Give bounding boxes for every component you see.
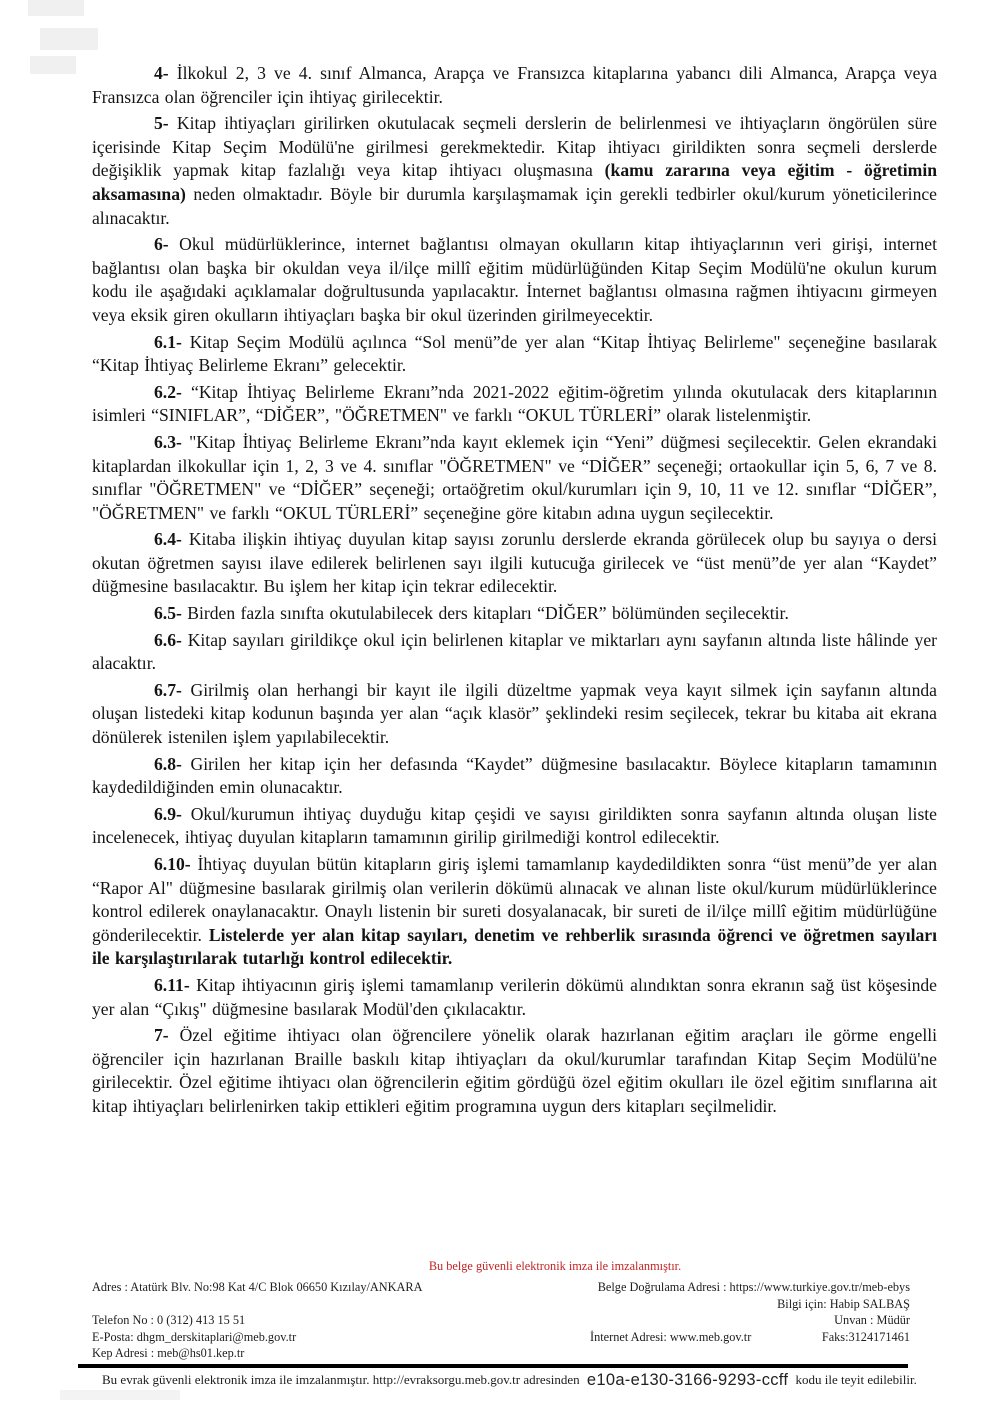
scan-artifact	[40, 28, 98, 50]
footer-divider	[78, 1364, 908, 1368]
paragraph-6-11: 6.11- Kitap ihtiyacının giriş işlemi tam…	[92, 974, 937, 1021]
footer-row-email: E-Posta: dhgm_derskitaplari@meb.gov.tr İ…	[92, 1329, 910, 1345]
paragraph-number: 6.2-	[154, 382, 182, 402]
paragraph-text: Okul müdürlüklerince, internet bağlantıs…	[92, 234, 937, 325]
verification-code: e10a-e130-3166-9293-ccff	[583, 1371, 792, 1389]
paragraph-number: 6.5-	[154, 603, 182, 623]
paragraph-text: Kitap ihtiyacının giriş işlemi tamamlanı…	[92, 975, 937, 1019]
paragraph-number: 6.6-	[154, 630, 182, 650]
paragraph-text: İlkokul 2, 3 ve 4. sınıf Almanca, Arapça…	[92, 63, 937, 107]
paragraph-6-4: 6.4- Kitaba ilişkin ihtiyaç duyulan kita…	[92, 528, 937, 599]
paragraph-text: Kitap Seçim Modülü açılınca “Sol menü”de…	[92, 332, 937, 376]
fax-text: Faks:3124171461	[822, 1329, 910, 1345]
email-text: E-Posta: dhgm_derskitaplari@meb.gov.tr	[92, 1329, 590, 1345]
paragraph-text: neden olmaktadır. Böyle bir durumla karş…	[92, 184, 937, 228]
document-footer: Bu belge güvenli elektronik imza ile imz…	[92, 1258, 910, 1389]
document-page: 4- İlkokul 2, 3 ve 4. sınıf Almanca, Ara…	[0, 0, 1000, 1414]
verification-pre-text: Bu evrak güvenli elektronik imza ile imz…	[102, 1372, 580, 1387]
verification-line: Bu evrak güvenli elektronik imza ile imz…	[92, 1372, 910, 1388]
paragraph-number: 6-	[154, 234, 169, 254]
paragraph-number: 6.3-	[154, 432, 182, 452]
paragraph-5: 5- Kitap ihtiyaçları girilirken okutulac…	[92, 112, 937, 230]
paragraph-number: 6.4-	[154, 529, 182, 549]
paragraph-number: 7-	[154, 1025, 169, 1045]
paragraph-6-8: 6.8- Girilen her kitap için her defasınd…	[92, 753, 937, 800]
title-text: Unvan : Müdür	[834, 1312, 910, 1328]
paragraph-number: 6.7-	[154, 680, 182, 700]
paragraph-text: Okul/kurumun ihtiyaç duyduğu kitap çeşid…	[92, 804, 937, 848]
scan-artifact	[60, 1390, 180, 1400]
paragraph-number: 4-	[154, 63, 169, 83]
paragraph-bold-text: Listelerde yer alan kitap sayıları, dene…	[92, 925, 937, 969]
paragraph-6-10: 6.10- İhtiyaç duyulan bütün kitapların g…	[92, 853, 937, 971]
internet-address-text: İnternet Adresi: www.meb.gov.tr	[590, 1329, 751, 1345]
paragraph-number: 5-	[154, 113, 169, 133]
paragraph-6-7: 6.7- Girilmiş olan herhangi bir kayıt il…	[92, 679, 937, 750]
paragraph-text: Kitap sayıları girildikçe okul için beli…	[92, 630, 937, 674]
paragraph-text: Kitaba ilişkin ihtiyaç duyulan kitap say…	[92, 529, 937, 596]
kep-address-text: Kep Adresi : meb@hs01.kep.tr	[92, 1345, 244, 1361]
paragraph-text: Girilen her kitap için her defasında “Ka…	[92, 754, 937, 798]
paragraph-number: 6.8-	[154, 754, 182, 774]
paragraph-6-6: 6.6- Kitap sayıları girildikçe okul için…	[92, 629, 937, 676]
paragraph-text: Girilmiş olan herhangi bir kayıt ile ilg…	[92, 680, 937, 747]
paragraph-number: 6.11-	[154, 975, 190, 995]
footer-row-contact: Bilgi için: Habip SALBAŞ	[92, 1296, 910, 1312]
scan-artifact	[28, 0, 84, 16]
phone-text: Telefon No : 0 (312) 413 15 51	[92, 1312, 245, 1328]
document-body: 4- İlkokul 2, 3 ve 4. sınıf Almanca, Ara…	[92, 62, 937, 1122]
paragraph-number: 6.1-	[154, 332, 182, 352]
paragraph-text: Özel eğitime ihtiyacı olan öğrencilere y…	[92, 1025, 937, 1116]
paragraph-7: 7- Özel eğitime ihtiyacı olan öğrenciler…	[92, 1024, 937, 1118]
paragraph-text: "Kitap İhtiyaç Belirleme Ekranı”nda kayı…	[92, 432, 937, 523]
address-text: Adres : Atatürk Blv. No:98 Kat 4/C Blok …	[92, 1279, 423, 1295]
footer-row-kep: Kep Adresi : meb@hs01.kep.tr	[92, 1345, 910, 1361]
info-contact-text: Bilgi için: Habip SALBAŞ	[777, 1296, 910, 1312]
scan-artifact	[30, 56, 76, 74]
paragraph-6-9: 6.9- Okul/kurumun ihtiyaç duyduğu kitap …	[92, 803, 937, 850]
paragraph-6-1: 6.1- Kitap Seçim Modülü açılınca “Sol me…	[92, 331, 937, 378]
footer-row-address: Adres : Atatürk Blv. No:98 Kat 4/C Blok …	[92, 1279, 910, 1295]
paragraph-6-3: 6.3- "Kitap İhtiyaç Belirleme Ekranı”nda…	[92, 431, 937, 525]
esign-notice: Bu belge güvenli elektronik imza ile imz…	[92, 1258, 910, 1274]
paragraph-6: 6- Okul müdürlüklerince, internet bağlan…	[92, 233, 937, 327]
paragraph-6-5: 6.5- Birden fazla sınıfta okutulabilecek…	[92, 602, 937, 626]
footer-row-phone: Telefon No : 0 (312) 413 15 51 Unvan : M…	[92, 1312, 910, 1328]
paragraph-number: 6.10-	[154, 854, 191, 874]
verification-post-text: kodu ile teyit edilebilir.	[796, 1372, 917, 1387]
verification-address-text: Belge Doğrulama Adresi : https://www.tur…	[598, 1279, 910, 1295]
paragraph-text: Birden fazla sınıfta okutulabilecek ders…	[182, 603, 789, 623]
paragraph-4: 4- İlkokul 2, 3 ve 4. sınıf Almanca, Ara…	[92, 62, 937, 109]
paragraph-number: 6.9-	[154, 804, 182, 824]
paragraph-text: “Kitap İhtiyaç Belirleme Ekranı”nda 2021…	[92, 382, 937, 426]
paragraph-6-2: 6.2- “Kitap İhtiyaç Belirleme Ekranı”nda…	[92, 381, 937, 428]
